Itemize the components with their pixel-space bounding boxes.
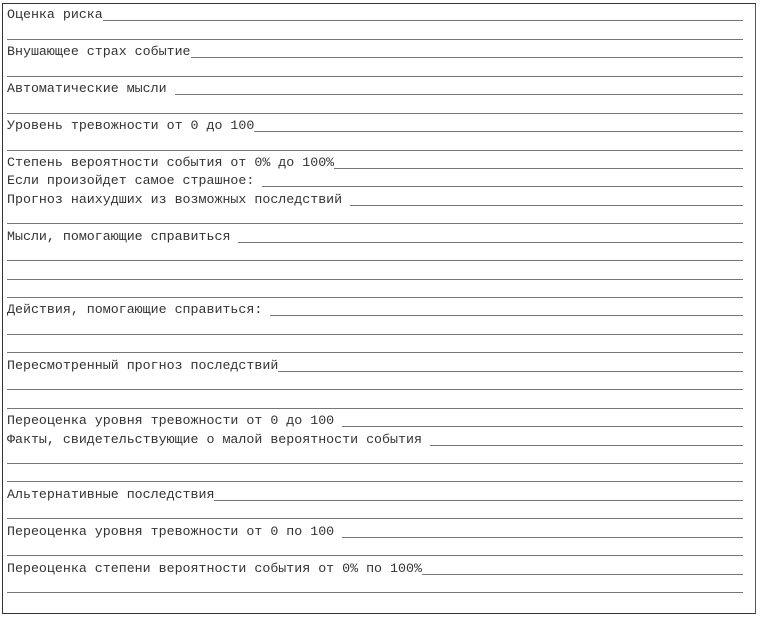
blank-line-row bbox=[7, 245, 743, 263]
blank-line-row bbox=[7, 282, 743, 300]
fill-in-line[interactable] bbox=[191, 57, 743, 58]
fill-in-line[interactable] bbox=[103, 20, 743, 21]
field-label: Степень вероятности события от 0% до 100… bbox=[7, 155, 334, 171]
field-label: Уровень тревожности от 0 до 100 bbox=[7, 118, 254, 134]
fill-in-line[interactable] bbox=[278, 371, 743, 372]
fill-in-line[interactable] bbox=[430, 445, 743, 446]
fill-in-line[interactable] bbox=[7, 352, 743, 353]
fill-in-line[interactable] bbox=[175, 94, 743, 95]
field-label: Действия, помогающие справиться: bbox=[7, 302, 262, 318]
field-label: Переоценка уровня тревожности от 0 по 10… bbox=[7, 524, 334, 540]
field-label: Альтернативные последствия bbox=[7, 487, 214, 503]
blank-line-row bbox=[7, 540, 743, 558]
fill-in-line[interactable] bbox=[7, 518, 743, 519]
fill-in-line[interactable] bbox=[7, 555, 743, 556]
form-field-row: Автоматические мысли bbox=[7, 79, 743, 97]
blank-line-row bbox=[7, 60, 743, 78]
fill-in-line[interactable] bbox=[262, 186, 743, 187]
fill-in-line[interactable] bbox=[7, 279, 743, 280]
field-label: Внушающее страх событие bbox=[7, 44, 191, 60]
form-field-row: Уровень тревожности от 0 до 100 bbox=[7, 116, 743, 134]
risk-assessment-form: Оценка рискаВнушающее страх событиеАвтом… bbox=[7, 5, 743, 595]
fill-in-line[interactable] bbox=[7, 463, 743, 464]
fill-in-line[interactable] bbox=[7, 150, 743, 151]
form-field-row: Факты, свидетельствующие о малой вероятн… bbox=[7, 429, 743, 447]
blank-line-row bbox=[7, 263, 743, 281]
blank-line-row bbox=[7, 23, 743, 41]
fill-in-line[interactable] bbox=[214, 500, 743, 501]
blank-line-row bbox=[7, 318, 743, 336]
field-label: Оценка риска bbox=[7, 7, 103, 23]
fill-in-line[interactable] bbox=[7, 592, 743, 593]
fill-in-line[interactable] bbox=[342, 537, 743, 538]
form-field-row: Внушающее страх событие bbox=[7, 42, 743, 60]
blank-line-row bbox=[7, 577, 743, 595]
form-field-row: Действия, помогающие справиться: bbox=[7, 300, 743, 318]
fill-in-line[interactable] bbox=[7, 39, 743, 40]
fill-in-line[interactable] bbox=[238, 242, 743, 243]
fill-in-line[interactable] bbox=[7, 334, 743, 335]
blank-line-row bbox=[7, 448, 743, 466]
blank-line-row bbox=[7, 392, 743, 410]
blank-line-row bbox=[7, 208, 743, 226]
form-field-row: Оценка риска bbox=[7, 5, 743, 23]
field-label: Прогноз наихудших из возможных последств… bbox=[7, 192, 342, 208]
blank-line-row bbox=[7, 134, 743, 152]
fill-in-line[interactable] bbox=[7, 481, 743, 482]
fill-in-line[interactable] bbox=[7, 260, 743, 261]
form-field-row: Переоценка уровня тревожности от 0 по 10… bbox=[7, 521, 743, 539]
fill-in-line[interactable] bbox=[7, 76, 743, 77]
form-field-row: Прогноз наихудших из возможных последств… bbox=[7, 189, 743, 207]
fill-in-line[interactable] bbox=[350, 205, 743, 206]
blank-line-row bbox=[7, 503, 743, 521]
form-field-row: Мысли, помогающие справиться bbox=[7, 226, 743, 244]
form-field-row: Степень вероятности события от 0% до 100… bbox=[7, 153, 743, 171]
blank-line-row bbox=[7, 466, 743, 484]
field-label: Переоценка уровня тревожности от 0 до 10… bbox=[7, 413, 334, 429]
fill-in-line[interactable] bbox=[7, 223, 743, 224]
fill-in-line[interactable] bbox=[254, 131, 743, 132]
field-label: Пересмотренный прогноз последствий bbox=[7, 358, 278, 374]
fill-in-line[interactable] bbox=[7, 408, 743, 409]
form-field-row: Переоценка уровня тревожности от 0 до 10… bbox=[7, 411, 743, 429]
field-label: Автоматические мысли bbox=[7, 81, 167, 97]
form-field-row: Переоценка степени вероятности события о… bbox=[7, 558, 743, 576]
field-label: Если произойдет самое страшное: bbox=[7, 173, 254, 189]
fill-in-line[interactable] bbox=[334, 168, 743, 169]
form-field-row: Альтернативные последствия bbox=[7, 484, 743, 502]
field-label: Мысли, помогающие справиться bbox=[7, 229, 230, 245]
blank-line-row bbox=[7, 374, 743, 392]
blank-line-row bbox=[7, 337, 743, 355]
fill-in-line[interactable] bbox=[342, 426, 743, 427]
field-label: Факты, свидетельствующие о малой вероятн… bbox=[7, 432, 422, 448]
fill-in-line[interactable] bbox=[7, 389, 743, 390]
form-field-row: Если произойдет самое страшное: bbox=[7, 171, 743, 189]
fill-in-line[interactable] bbox=[270, 315, 743, 316]
fill-in-line[interactable] bbox=[7, 113, 743, 114]
form-field-row: Пересмотренный прогноз последствий bbox=[7, 355, 743, 373]
fill-in-line[interactable] bbox=[422, 574, 743, 575]
field-label: Переоценка степени вероятности события о… bbox=[7, 561, 422, 577]
blank-line-row bbox=[7, 97, 743, 115]
fill-in-line[interactable] bbox=[7, 297, 743, 298]
